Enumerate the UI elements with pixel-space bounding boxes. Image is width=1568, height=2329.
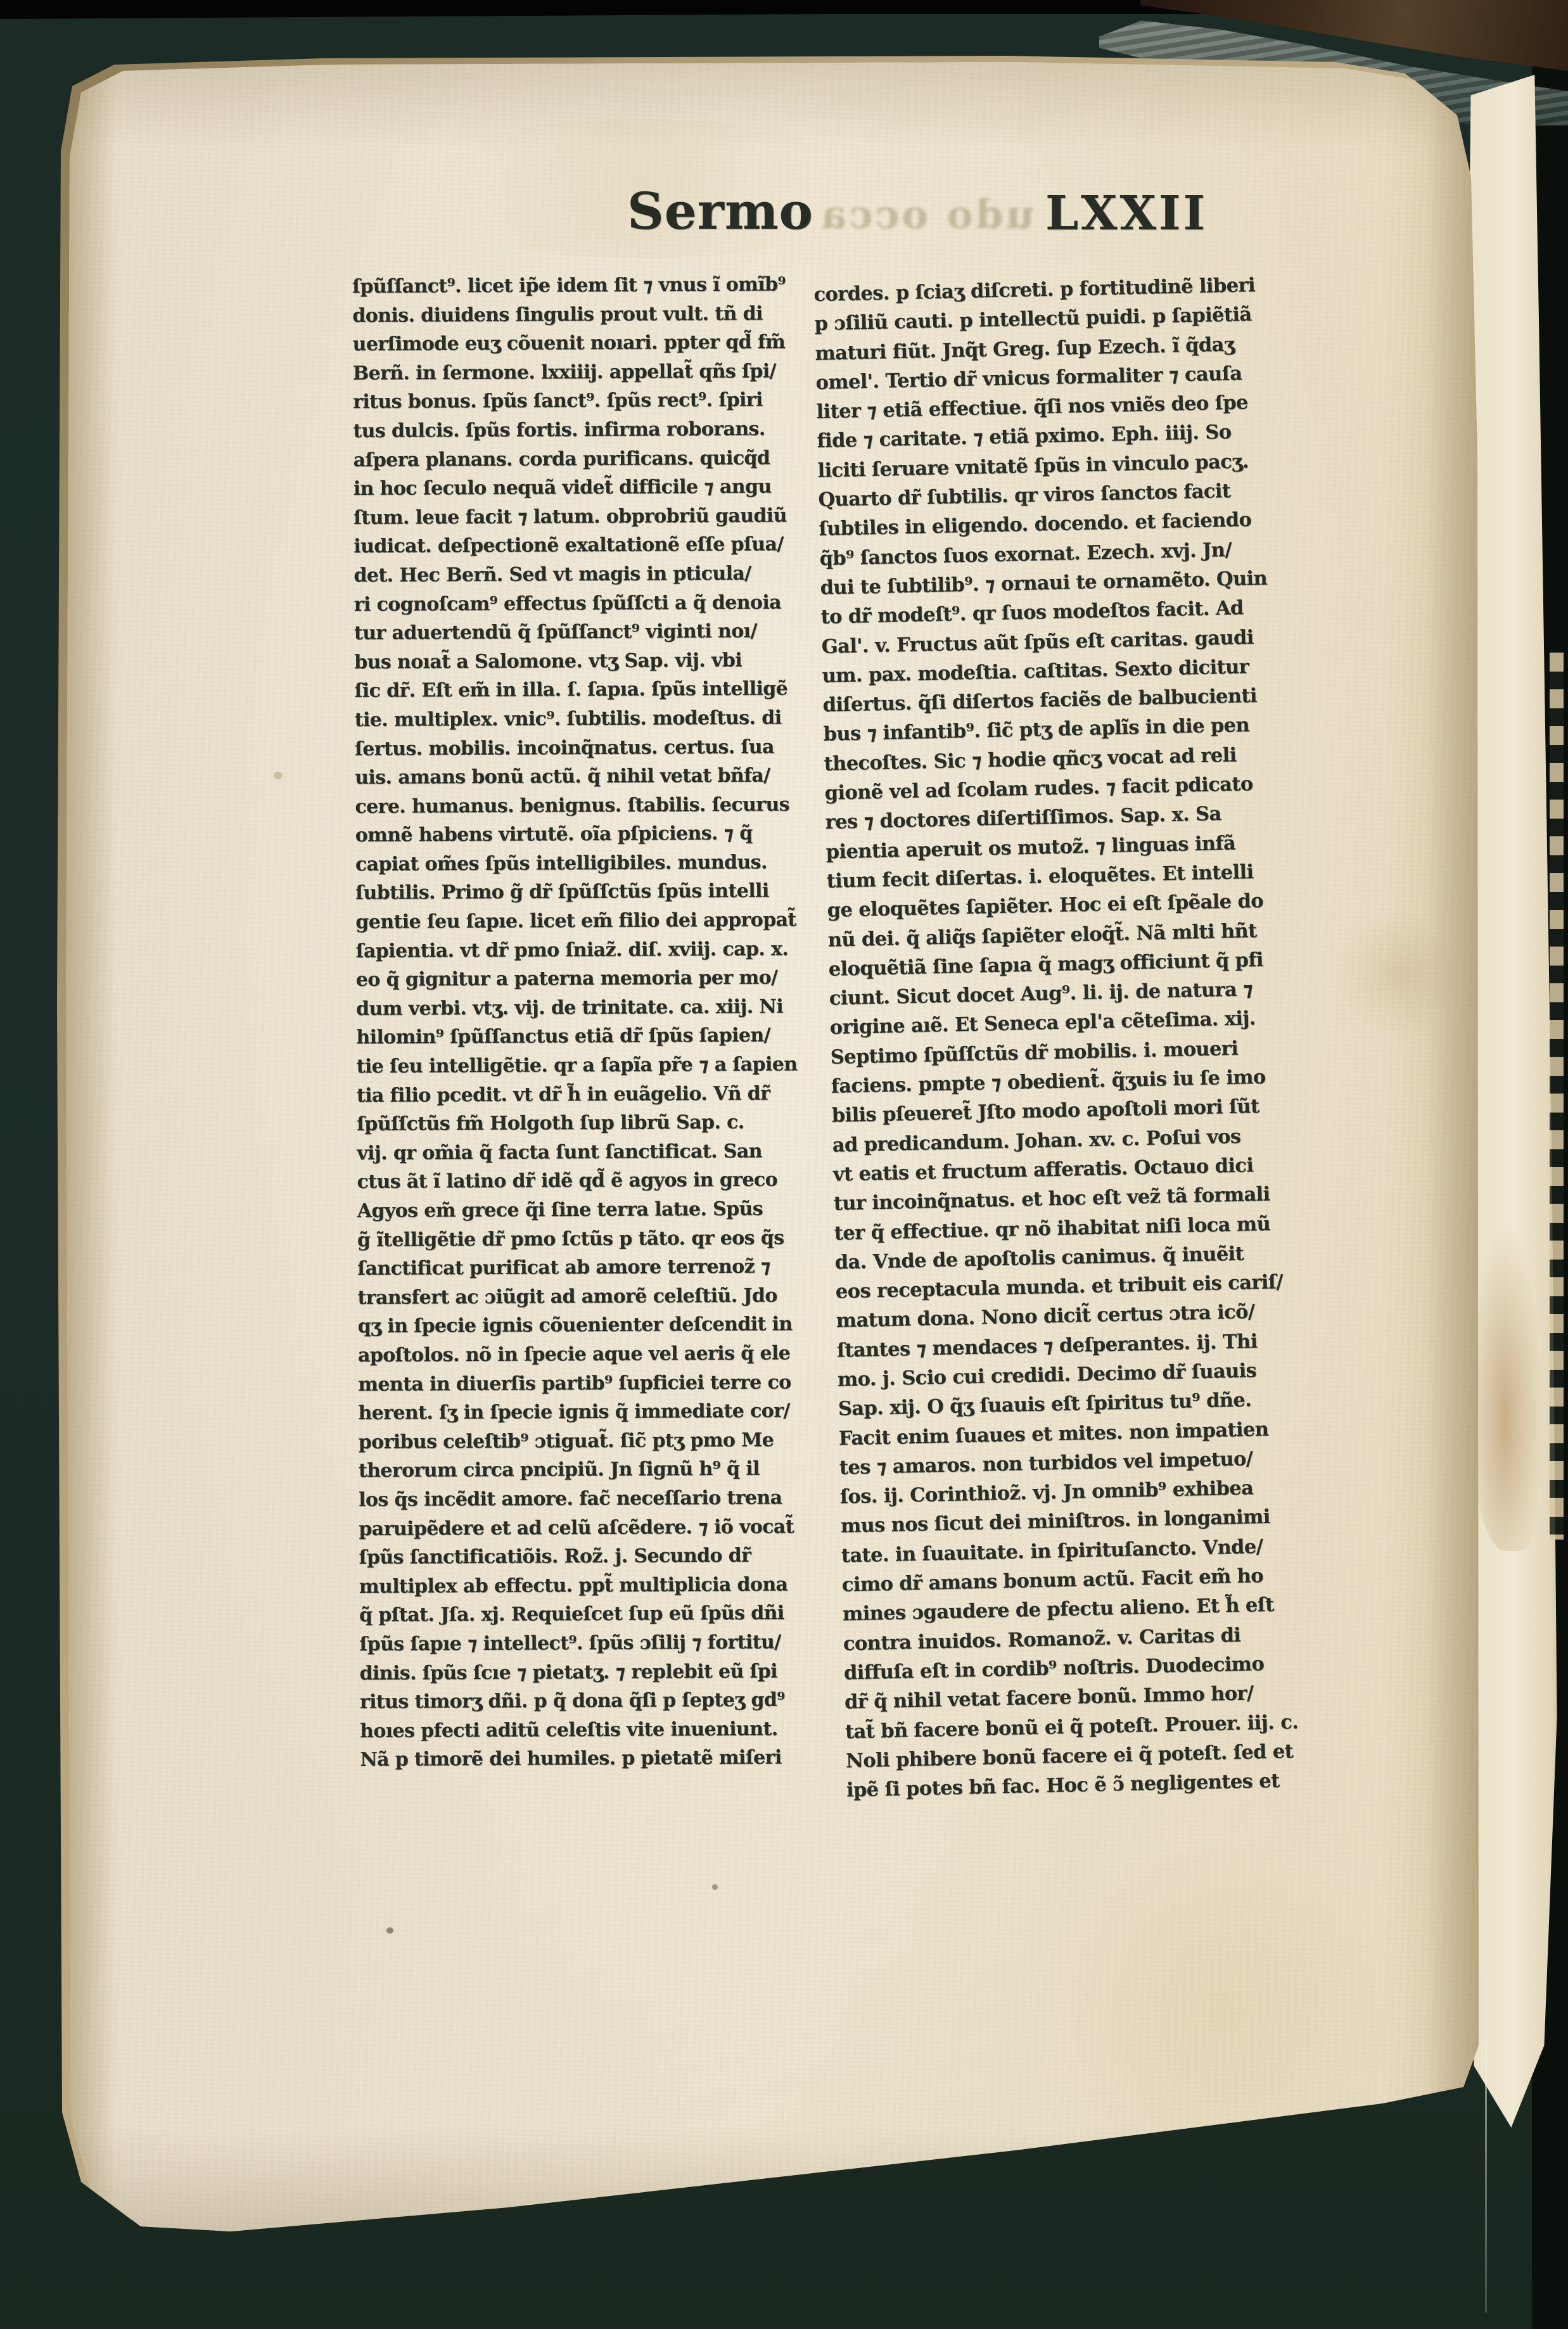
- text-line: g̃ ĩtelligẽtie dr̃ pmo ſctũs p tãto. qr …: [357, 1223, 801, 1254]
- text-line: omnẽ habens virtutẽ. oĩa pſpiciens. ⁊ q̃: [355, 819, 799, 850]
- text-line: poribus celeſtib⁹ ɔtiguat̃. ſic̃ ptʒ pmo…: [359, 1426, 802, 1457]
- text-line: herent. ſʒ in ſpecie ignis q̃ immediate …: [358, 1396, 801, 1427]
- fox-spot: [274, 772, 283, 779]
- text-line: eo q̃ gignitur a paterna memoria per mo/: [356, 964, 800, 995]
- text-line: ſtum. leue facit ⁊ latum. obprobriũ gaud…: [354, 501, 797, 532]
- text-line: tus dulcis. ſpũs fortis. infirma roboran…: [353, 414, 796, 445]
- fore-edge-stain: [1467, 1222, 1543, 1551]
- ink-speck: [712, 1884, 718, 1890]
- text-line: hoıes pfecti aditũ celeſtis vite inueniu…: [360, 1714, 803, 1745]
- text-line: vij. qr om̃ia q̃ facta ſunt ſanctificat.…: [357, 1137, 800, 1168]
- text-line: Agyos em̃ grece q̃i ſine terra latıe. Sp…: [357, 1194, 801, 1225]
- text-line: paruipẽdere et ad celũ aſcẽdere. ⁊ iõ vo…: [359, 1512, 802, 1543]
- text-line: ctus ãt ĩ latino dr̃ idẽ qd̃ ẽ agyos in …: [357, 1166, 800, 1197]
- text-line: aſpera planans. corda purificans. quicq̃…: [353, 443, 796, 475]
- text-line: bus noıat̃ a Salomone. vtʒ Sap. vij. vbi: [354, 646, 798, 677]
- text-line: ſpũſſanct⁹. licet ip̃e idem ſit ⁊ vnus ĩ…: [352, 270, 796, 301]
- ink-speck: [386, 1927, 393, 1934]
- book-page: Sermo udo occa LXXII ſpũſſanct⁹. licet i…: [65, 62, 1484, 2235]
- text-line: q̃ pſtat. Jſa. xj. Requieſcet ſup eũ ſpũ…: [359, 1599, 803, 1630]
- text-line: Berñ. in ſermone. lxxiiij. appellat̃ qñs…: [353, 357, 796, 388]
- text-line: apoſtolos. nõ in ſpecie aque vel aeris q…: [358, 1339, 801, 1370]
- text-line: ſertus. mobilis. incoinq̃natus. certus. …: [355, 732, 798, 763]
- text-line: los q̃s incẽdit amore. fac̃ neceſſario t…: [359, 1483, 802, 1514]
- text-line: in hoc ſeculo nequã videt̃ difficile ⁊ a…: [354, 472, 797, 503]
- text-line: donis. diuidens ſingulis prout vult. tñ …: [352, 299, 796, 330]
- text-line: qʒ in ſpecie ignis cõuenienter deſcendit…: [358, 1310, 801, 1341]
- text-line: tia filio pcedit. vt dr̃ h̃ in euãgelio.…: [357, 1079, 800, 1110]
- page-number-roman: LXXII: [1045, 186, 1208, 241]
- text-line: tie. multiplex. vnic⁹. ſubtilis. modeſtu…: [355, 703, 798, 734]
- text-line: uis. amans bonũ actũ. q̃ nihil vetat bñf…: [355, 761, 798, 792]
- scratch-line: [1485, 1951, 1487, 2313]
- text-line: multiplex ab effectu. ppt̃ multiplicia d…: [359, 1570, 803, 1601]
- text-line: ſpũs ſanctificatiõis. Roz̃. j. Secundo d…: [359, 1541, 803, 1572]
- text-line: ſpũs ſapıe ⁊ intellect⁹. ſpũs ɔſilij ⁊ f…: [359, 1628, 803, 1659]
- text-line: ritus timorʒ dñi. p q̃ dona q̃ſi p ſepte…: [360, 1685, 803, 1716]
- text-line: ſubtilis. Primo g̃ dr̃ ſpũſſctũs ſpũs in…: [355, 877, 799, 908]
- text-line: transfert ac ɔiũgit ad amorẽ celeſtiũ. J…: [357, 1281, 801, 1312]
- text-line: ri cognoſcam⁹ effectus ſpũſſcti a q̃ den…: [354, 588, 798, 619]
- text-line: det. Hec Berñ. Sed vt magis in pticula/: [354, 559, 797, 590]
- text-line: ſanctificat purificat ab amore terrenoz̃…: [357, 1253, 801, 1284]
- left-text-column: ſpũſſanct⁹. licet ip̃e idem ſit ⁊ vnus ĩ…: [352, 270, 803, 1775]
- fore-edge-dashes: [1550, 653, 1564, 1540]
- right-text-column: cordes. p ſciaʒ diſcreti. p fortitudinẽ …: [813, 269, 1337, 1805]
- text-line: cere. humanus. benignus. ſtabilis. ſecur…: [355, 790, 798, 821]
- text-line: uerſimode euʒ cõuenit noıari. ppter qd̃ …: [352, 328, 796, 359]
- show-through-text: udo occa: [819, 191, 1034, 238]
- text-line: ritus bonus. ſpũs ſanct⁹. ſpũs rect⁹. ſp…: [353, 386, 796, 417]
- text-line: capiat om̃es ſpũs intelligibiles. mundus…: [355, 848, 799, 879]
- text-line: ſpũſſctũs fm̃ Holgoth ſup librũ Sap. c.: [357, 1108, 800, 1139]
- text-line: menta in diuerſis partib⁹ ſupficiei terr…: [358, 1368, 801, 1399]
- text-line: gentie ſeu ſapıe. licet em̃ filio dei ap…: [355, 905, 799, 936]
- running-title: Sermo: [627, 181, 813, 241]
- text-line: tur aduertendũ q̃ ſpũſſanct⁹ viginti noı…: [354, 616, 798, 648]
- text-line: Nã p timorẽ dei humiles. p pietatẽ miſer…: [360, 1744, 803, 1775]
- text-line: ſapientia. vt dr̃ pmo ſniaz̃. diſ. xviij…: [355, 935, 799, 966]
- margin-stain: [1338, 905, 1458, 1044]
- text-line: therorum circa pncipiũ. Jn ſignũ h⁹ q̃ i…: [359, 1455, 802, 1486]
- text-line: dum verbi. vtʒ. vij. de trinitate. ca. x…: [356, 992, 800, 1023]
- text-line: ſic dr̃. Eſt em̃ in illa. ſ. ſapıa. ſpũs…: [354, 675, 798, 706]
- text-line: tie ſeu intelligẽtie. qr a ſapĩa pr̃e ⁊ …: [356, 1050, 800, 1081]
- text-line: iudicat. deſpectionẽ exaltationẽ eſſe pſ…: [354, 530, 797, 561]
- book-photograph: Sermo udo occa LXXII ſpũſſanct⁹. licet i…: [0, 0, 1568, 2329]
- text-line: hilomin⁹ ſpũſſanctus etiã dr̃ ſpũs ſapie…: [356, 1021, 800, 1052]
- text-line: dinis. ſpũs ſcıe ⁊ pietatʒ. ⁊ replebit e…: [359, 1657, 803, 1688]
